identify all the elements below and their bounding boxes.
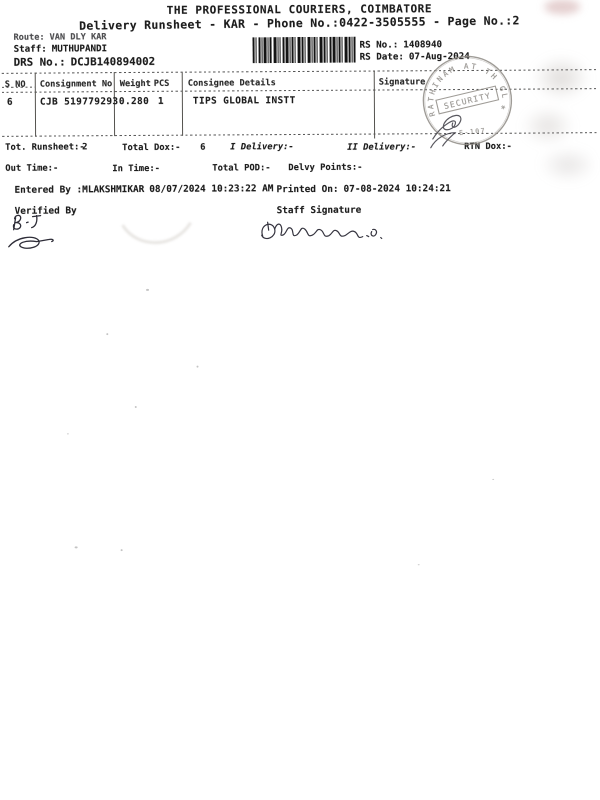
- in-time-label: In Time:-: [112, 163, 160, 173]
- rs-date-label: RS Date:: [360, 51, 404, 62]
- staff-value: MUTHUPANDI: [52, 43, 107, 54]
- cell-pcs: 1: [158, 96, 164, 107]
- barcode: [252, 37, 355, 64]
- col-header-consignee: Consignee Details: [188, 78, 276, 89]
- total-dox-value: 6: [200, 142, 205, 152]
- ii-delivery-label: II Delivery:-: [347, 142, 416, 152]
- cell-weight: 0.280: [119, 96, 149, 107]
- column-divider: [182, 72, 183, 136]
- col-header-consignment: Consignment No: [40, 79, 112, 89]
- col-header-pcs: PCS: [154, 79, 170, 89]
- drs-label: DRS No.:: [14, 55, 66, 68]
- verified-signature-handwriting: [5, 210, 69, 258]
- total-pod-label: Total POD:-: [212, 163, 270, 173]
- stamp-bottom-code: E-107: [459, 126, 487, 136]
- document-scan: THE PROFESSIONAL COURIERS, COIMBATORE De…: [0, 0, 600, 800]
- total-dox-label: Total Dox:-: [122, 142, 180, 152]
- route-label: Route:: [13, 33, 44, 43]
- route-value: VAN DLY KAR: [50, 32, 107, 42]
- tot-runsheet-label: Tot. Runsheet:-: [5, 142, 85, 152]
- rs-number-value: 1408940: [403, 39, 442, 50]
- printed-on-datetime: 07-08-2024 10:24:21: [343, 183, 450, 195]
- column-divider: [35, 73, 36, 137]
- paper-speck: [75, 546, 78, 548]
- scan-bleedthrough-smudge: [516, 54, 593, 184]
- rs-number-label: RS No.:: [360, 39, 399, 50]
- delvy-points-label: Delvy Points:-: [288, 163, 362, 173]
- stamp-star: *: [500, 104, 508, 115]
- out-time-label: Out Time:-: [5, 163, 58, 173]
- entered-by-label: Entered By :: [14, 184, 82, 195]
- stamp-center-text: SECURITY: [443, 91, 492, 111]
- col-header-weight: Weight: [120, 79, 151, 89]
- printed-on-line: Printed On:07-08-2024 10:24:21: [276, 183, 450, 195]
- cell-consignment: CJB 519779293: [40, 96, 119, 107]
- i-delivery-label: I Delivery:-: [230, 142, 294, 152]
- staff-signature-handwriting: [249, 213, 389, 256]
- paper-speck: [146, 289, 149, 291]
- cell-sno: 6: [7, 97, 13, 108]
- drs-value: DCJB140894002: [71, 54, 156, 68]
- paper-speck: [492, 479, 494, 480]
- printed-on-label: Printed On:: [276, 184, 338, 195]
- paper-speck: [196, 366, 198, 368]
- cell-consignee: TIPS GLOBAL INSTT: [193, 95, 296, 107]
- faint-ring-mark: [119, 213, 195, 255]
- tot-runsheet-value: 2: [82, 142, 87, 152]
- paper-speck: [106, 333, 108, 335]
- paper-speck: [418, 564, 420, 565]
- column-divider: [374, 71, 375, 139]
- route-line: Route:VAN DLY KAR: [13, 32, 106, 43]
- staff-label: Staff:: [14, 44, 47, 55]
- drs-number-line: DRS No.:DCJB140894002: [14, 54, 156, 68]
- paper-speck: [121, 549, 123, 551]
- col-header-sno: S NO: [5, 80, 26, 90]
- entered-by-line: Entered By :MLAKSHMIKAR08/07/2024 10:23:…: [14, 183, 273, 196]
- staff-line: Staff:MUTHUPANDI: [14, 43, 108, 55]
- entered-by-name: MLAKSHMIKAR: [82, 184, 144, 195]
- scanned-delivery-runsheet: THE PROFESSIONAL COURIERS, COIMBATORE De…: [0, 0, 600, 800]
- paper-speck: [135, 406, 137, 408]
- rs-number-line: RS No.:1408940: [360, 39, 443, 51]
- entered-by-datetime: 08/07/2024 10:23:22 AM: [149, 183, 273, 195]
- paper-speck: [67, 433, 69, 434]
